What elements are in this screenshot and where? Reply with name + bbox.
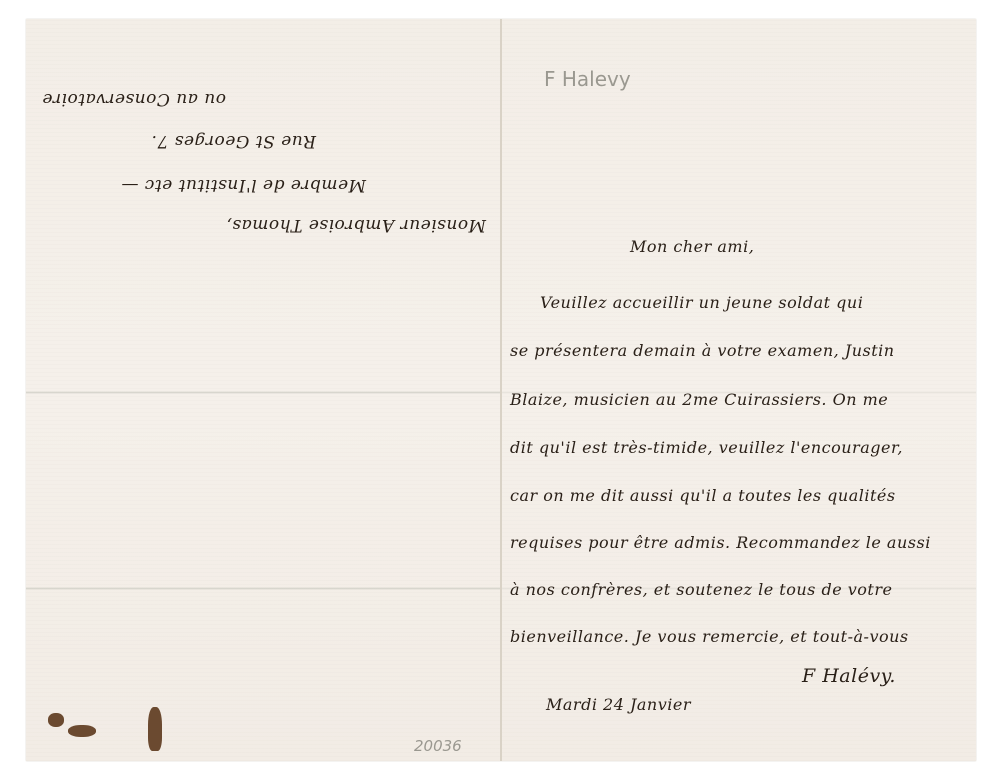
address-line-3: Rue St Georges 7. bbox=[151, 131, 316, 151]
body-line-4: dit qu'il est très-timide, veuillez l'en… bbox=[510, 438, 903, 457]
ink-stain bbox=[68, 725, 96, 737]
fold-line bbox=[26, 391, 500, 394]
body-line-7: à nos confrères, et soutenez le tous de … bbox=[510, 580, 892, 599]
left-page: Monsieur Ambroise Thomas, Membre de l'In… bbox=[26, 19, 500, 761]
body-line-2: se présentera demain à votre examen, Jus… bbox=[510, 341, 895, 360]
body-line-3: Blaize, musicien au 2me Cuirassiers. On … bbox=[510, 390, 888, 409]
body-line-6: requises pour être admis. Recommandez le… bbox=[510, 533, 931, 552]
fold-line bbox=[26, 587, 500, 590]
letter-date: Mardi 24 Janvier bbox=[546, 695, 691, 714]
address-line-4: ou au Conservatoire bbox=[42, 89, 226, 109]
salutation: Mon cher ami, bbox=[630, 237, 754, 256]
right-page: F Halevy Mon cher ami, Veuillez accueill… bbox=[502, 19, 976, 761]
letter-sheet: Monsieur Ambroise Thomas, Membre de l'In… bbox=[26, 19, 976, 761]
body-line-1: Veuillez accueillir un jeune soldat qui bbox=[540, 293, 863, 312]
ink-stain bbox=[148, 707, 162, 751]
body-line-8: bienveillance. Je vous remercie, et tout… bbox=[510, 627, 909, 646]
archive-number: 20036 bbox=[414, 737, 462, 755]
signature: F Halévy. bbox=[802, 665, 896, 687]
ink-stain bbox=[48, 713, 64, 727]
address-line-1: Monsieur Ambroise Thomas, bbox=[226, 215, 486, 235]
body-line-5: car on me dit aussi qu'il a toutes les q… bbox=[510, 486, 896, 505]
pencil-attribution: F Halevy bbox=[544, 67, 631, 91]
address-block: Monsieur Ambroise Thomas, Membre de l'In… bbox=[86, 59, 506, 239]
address-line-2: Membre de l'Institut etc — bbox=[121, 175, 366, 195]
